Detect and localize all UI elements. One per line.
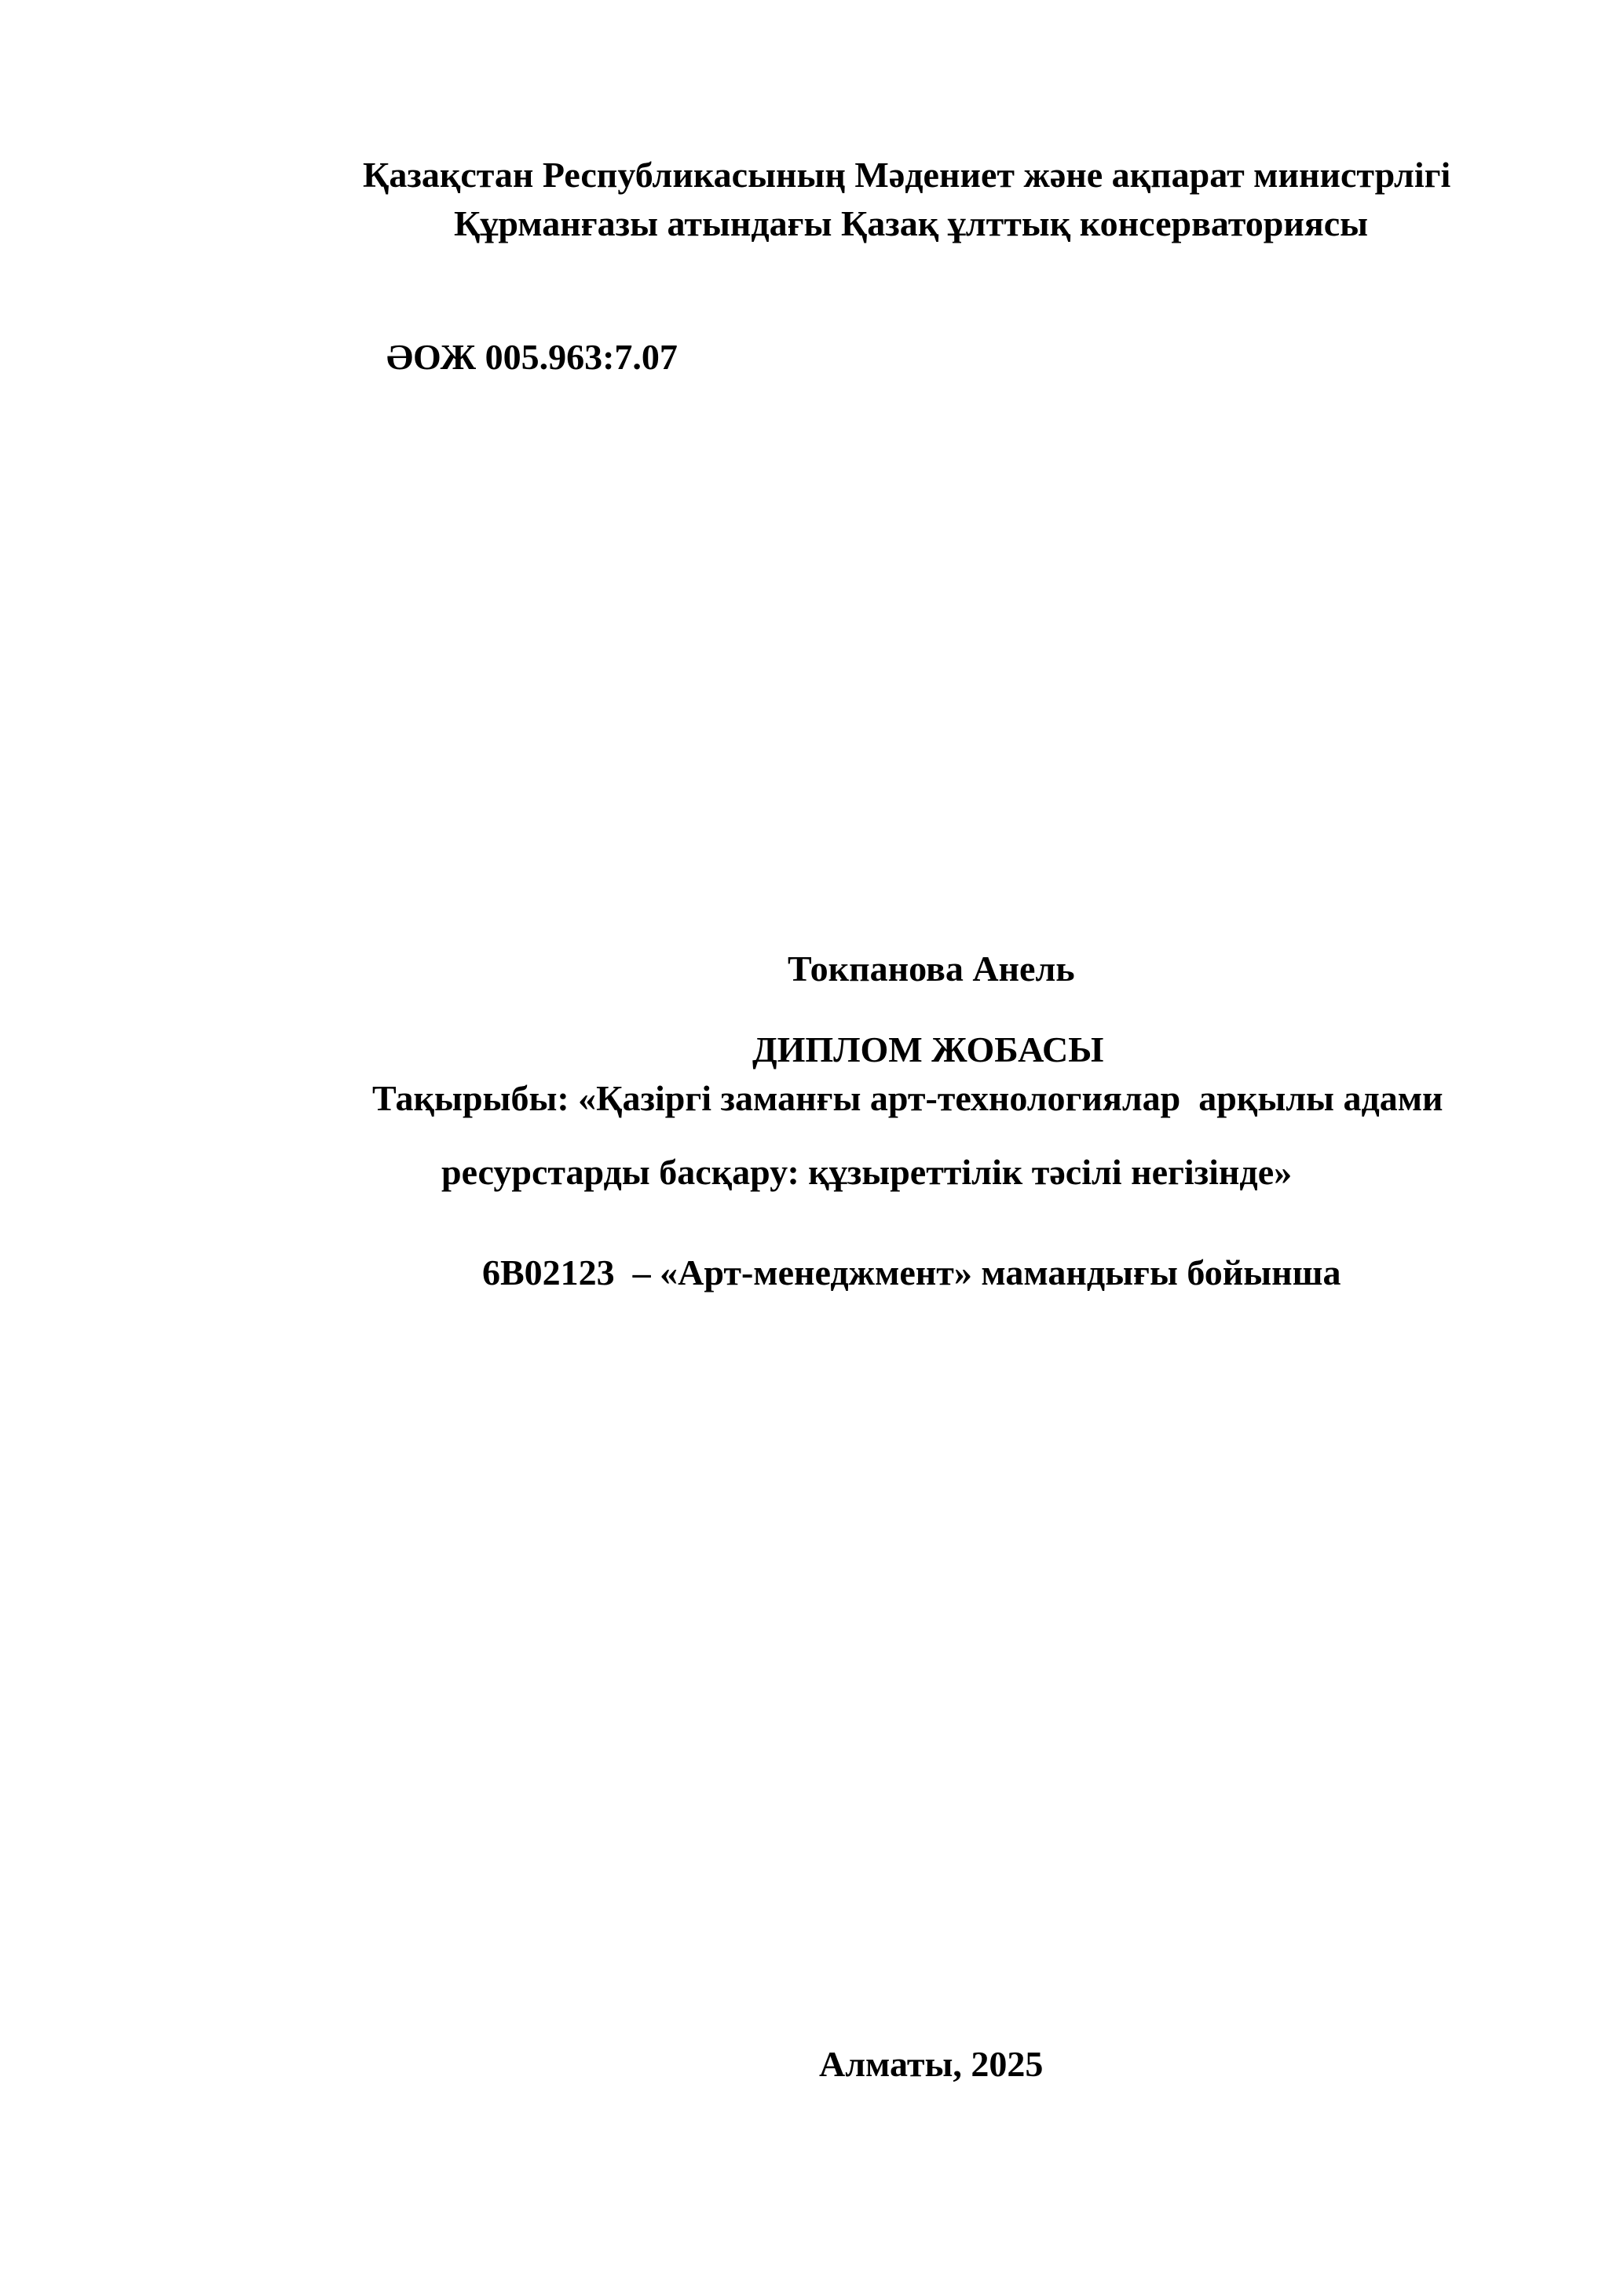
udc-code: ӘОЖ 005.963:7.07 [386,339,678,375]
ministry-heading: Қазақстан Республикасының Мәдениет және … [363,157,1450,193]
topic-line-2: ресурстарды басқару: құзыреттілік тәсілі… [441,1154,1292,1190]
institution-heading: Құрманғазы атындағы Қазақ ұлттық консерв… [454,206,1368,242]
topic-line-1: Тақырыбы: «Қазіргі заманғы арт-технологи… [372,1080,1443,1117]
author-name: Токпанова Анель [788,951,1075,987]
document-type-title: ДИПЛОМ ЖОБАСЫ [752,1032,1103,1068]
place-and-year: Алматы, 2025 [819,2046,1043,2082]
document-page: Қазақстан Республикасының Мәдениет және … [0,0,1624,2296]
specialty-line: 6В02123 – «Арт-менеджмент» мамандығы бой… [482,1255,1341,1291]
